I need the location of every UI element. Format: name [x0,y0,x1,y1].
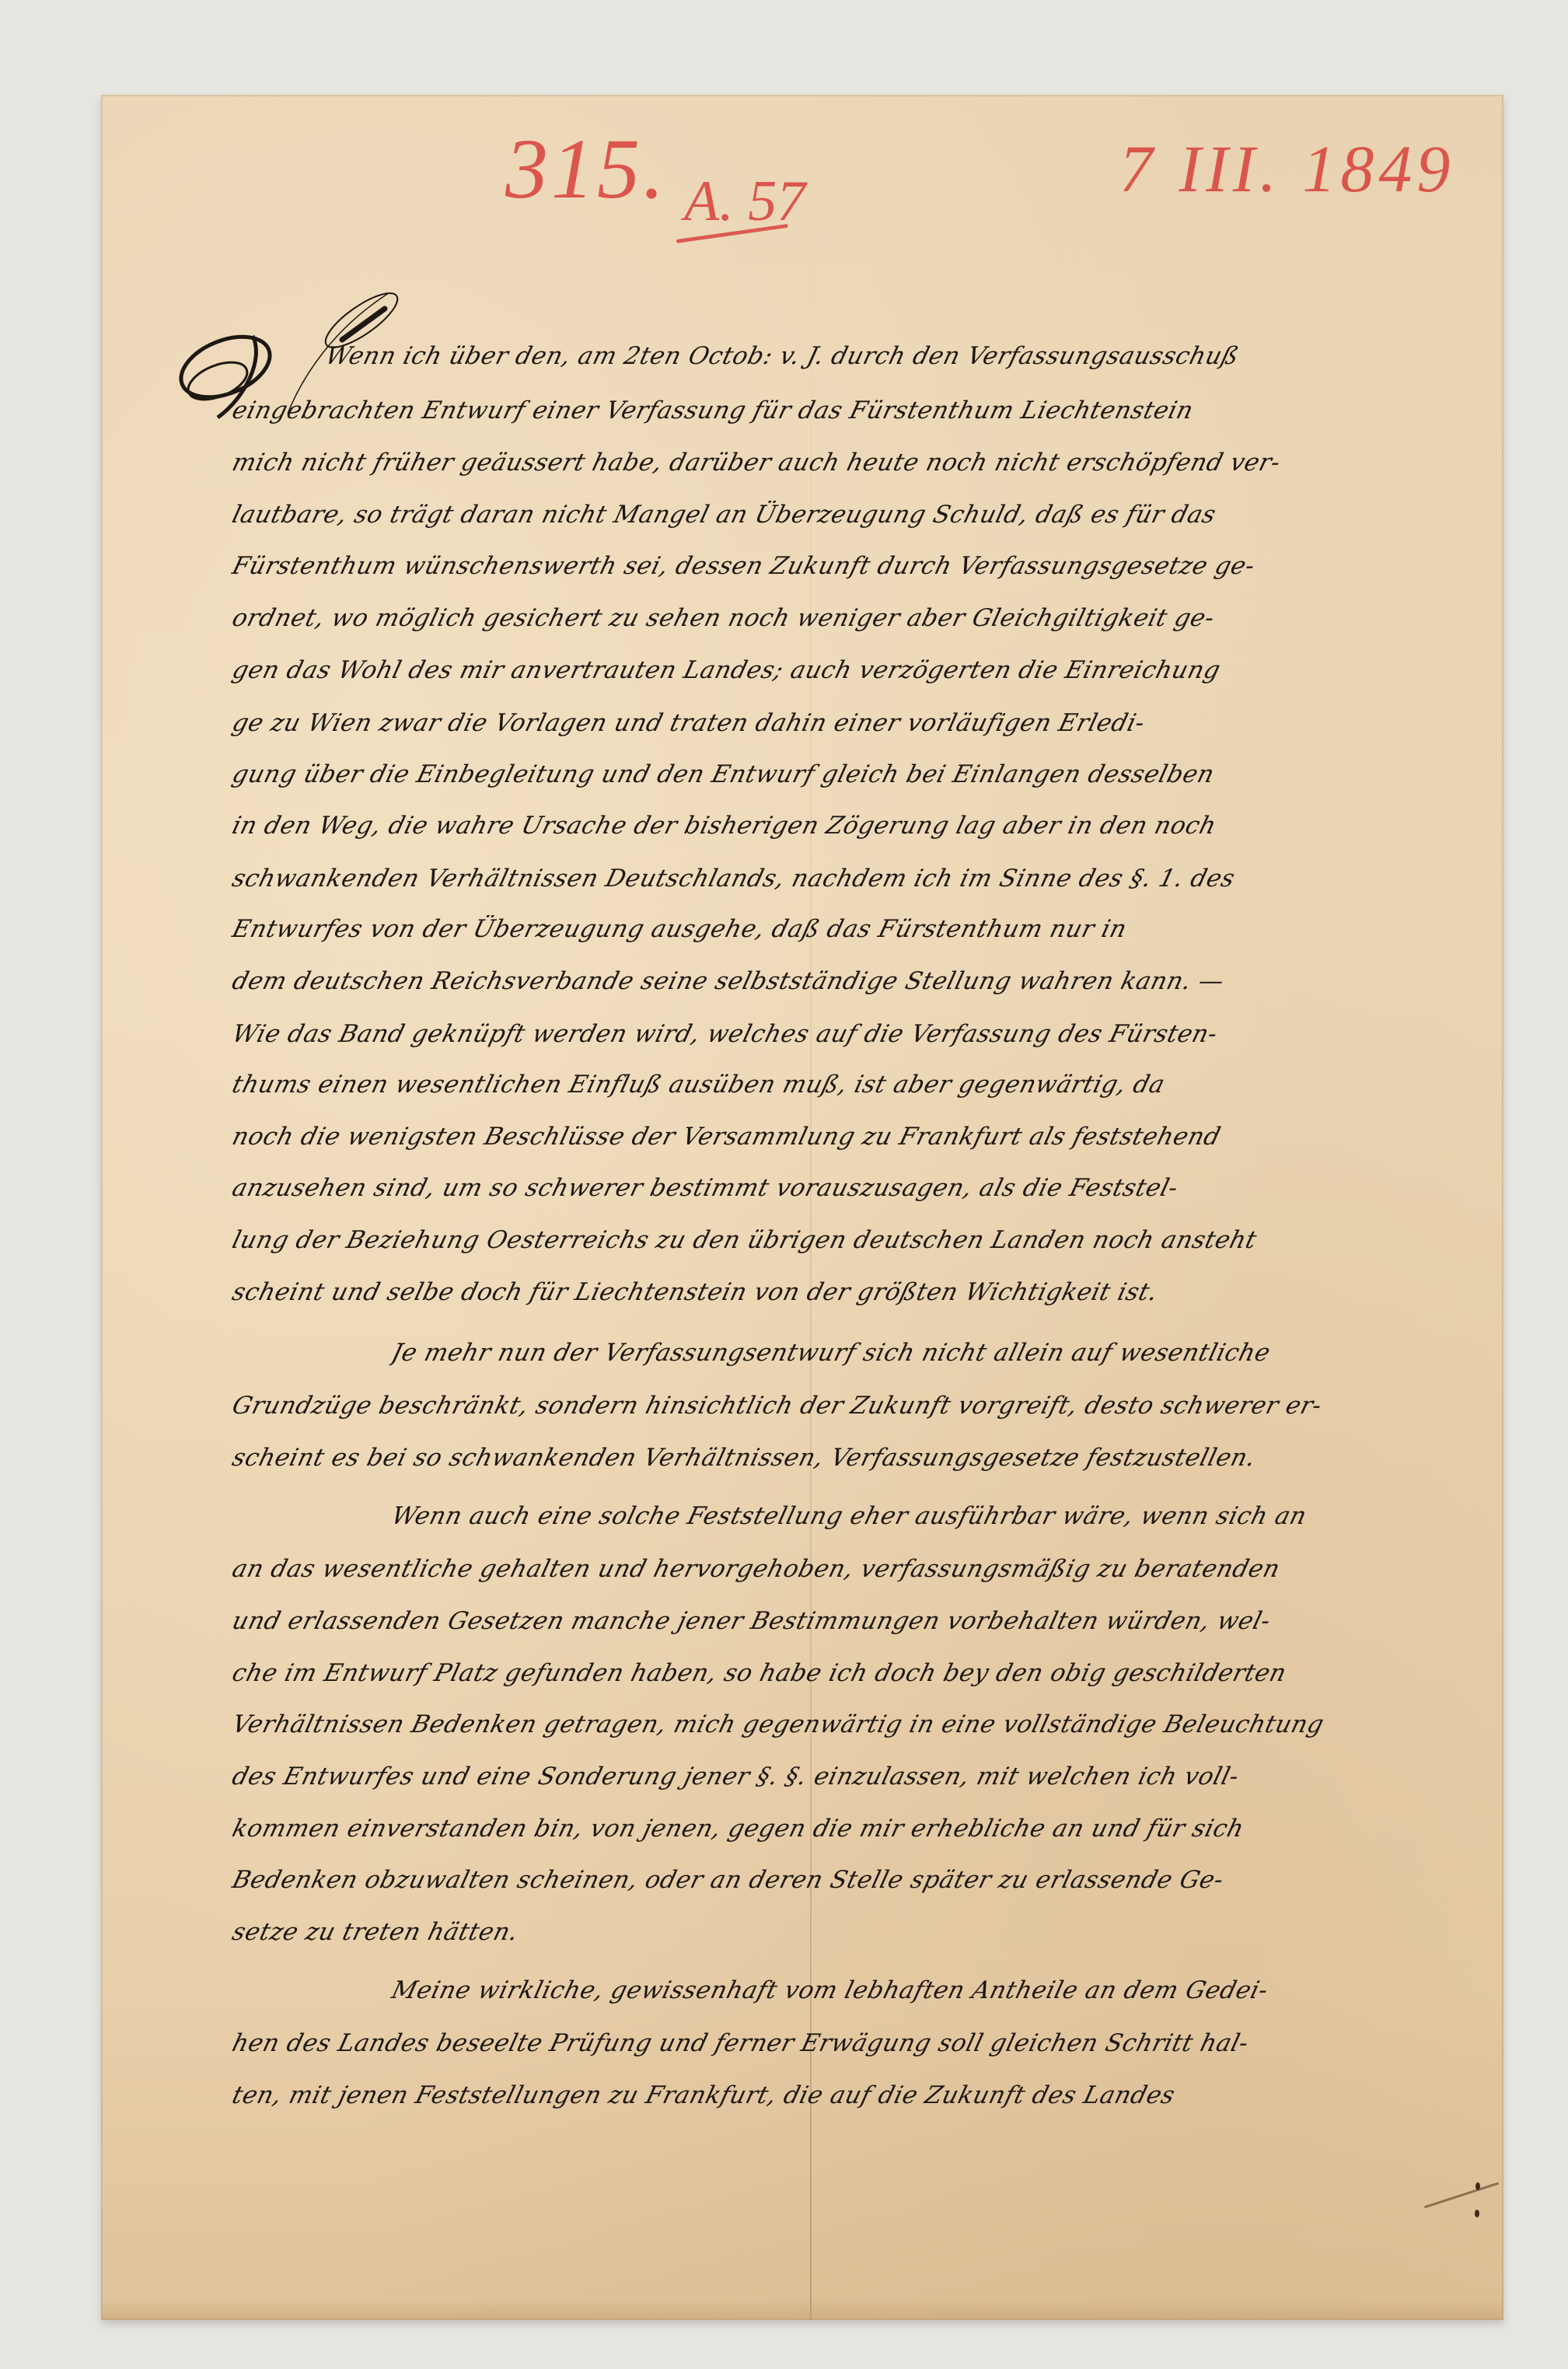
text-line: scheint es bei so schwankenden Verhältni… [229,1444,1472,1472]
text-line: setze zu treten hätten. [229,1918,1472,1946]
text-line: ordnet, wo möglich gesichert zu sehen no… [229,604,1472,632]
text-line: hen des Landes beseelte Prüfung und fern… [229,2029,1472,2057]
text-line: Je mehr nun der Verfassungsentwurf sich … [389,1339,1472,1367]
text-line: Entwurfes von der Überzeugung ausgehe, d… [229,915,1472,943]
text-line: Bedenken obzuwalten scheinen, oder an de… [229,1866,1472,1894]
text-line: gen das Wohl des mir anvertrauten Landes… [229,656,1472,684]
text-line: noch die wenigsten Beschlüsse der Versam… [229,1123,1472,1151]
text-line: kommen einverstanden bin, von jenen, geg… [229,1815,1472,1843]
text-line: Grundzüge beschränkt, sondern hinsichtli… [229,1392,1472,1420]
text-line: thums einen wesentlichen Einfluß ausüben… [229,1071,1472,1099]
text-line: Wie das Band geknüpft werden wird, welch… [229,1020,1472,1048]
text-line: Verhältnissen Bedenken getragen, mich ge… [229,1710,1472,1738]
text-line: Meine wirkliche, gewissenhaft vom lebhaf… [389,1976,1472,2004]
text-line: scheint und selbe doch für Liechtenstein… [229,1278,1472,1306]
text-line: che im Entwurf Platz gefunden haben, so … [229,1659,1472,1687]
text-line: an das wesentliche gehalten und hervorge… [229,1555,1472,1583]
ink-dot [1475,2210,1479,2217]
manuscript-page: 315. A. 57 7 III. 1849 Wenn ich über den… [101,95,1503,2320]
text-line: lautbare, so trägt daran nicht Mangel an… [229,501,1472,529]
archive-date: 7 III. 1849 [1119,130,1455,208]
text-line: mich nicht früher geäussert habe, darübe… [229,449,1472,477]
text-line: lung der Beziehung Oesterreichs zu den ü… [229,1226,1472,1254]
archive-number: 315. [505,120,668,218]
paper-bottom-edge [101,2300,1503,2320]
text-line: gung über die Einbegleitung und den Entw… [229,760,1472,788]
text-line: anzusehen sind, um so schwerer bestimmt … [229,1174,1472,1202]
text-line: dem deutschen Reichsverbande seine selbs… [229,967,1472,995]
text-line: ten, mit jenen Feststellungen zu Frankfu… [229,2081,1472,2109]
text-line: des Entwurfes und eine Sonderung jener §… [229,1763,1472,1791]
text-line: Wenn auch eine solche Feststellung eher … [389,1502,1472,1530]
page-end-stroke [1424,2182,1499,2209]
text-line: und erlassenden Gesetzen manche jener Be… [229,1607,1472,1635]
text-line: in den Weg, die wahre Ursache der bisher… [229,812,1472,840]
text-line: eingebrachten Entwurf einer Verfassung f… [229,397,1472,425]
text-line: schwankenden Verhältnissen Deutschlands,… [229,865,1472,893]
text-line: Fürstenthum wünschenswerth sei, dessen Z… [229,552,1472,580]
text-line: Wenn ich über den, am 2ten Octob: v. J. … [323,342,1472,370]
text-line: ge zu Wien zwar die Vorlagen und traten … [229,709,1472,737]
ink-dot [1475,2182,1480,2190]
